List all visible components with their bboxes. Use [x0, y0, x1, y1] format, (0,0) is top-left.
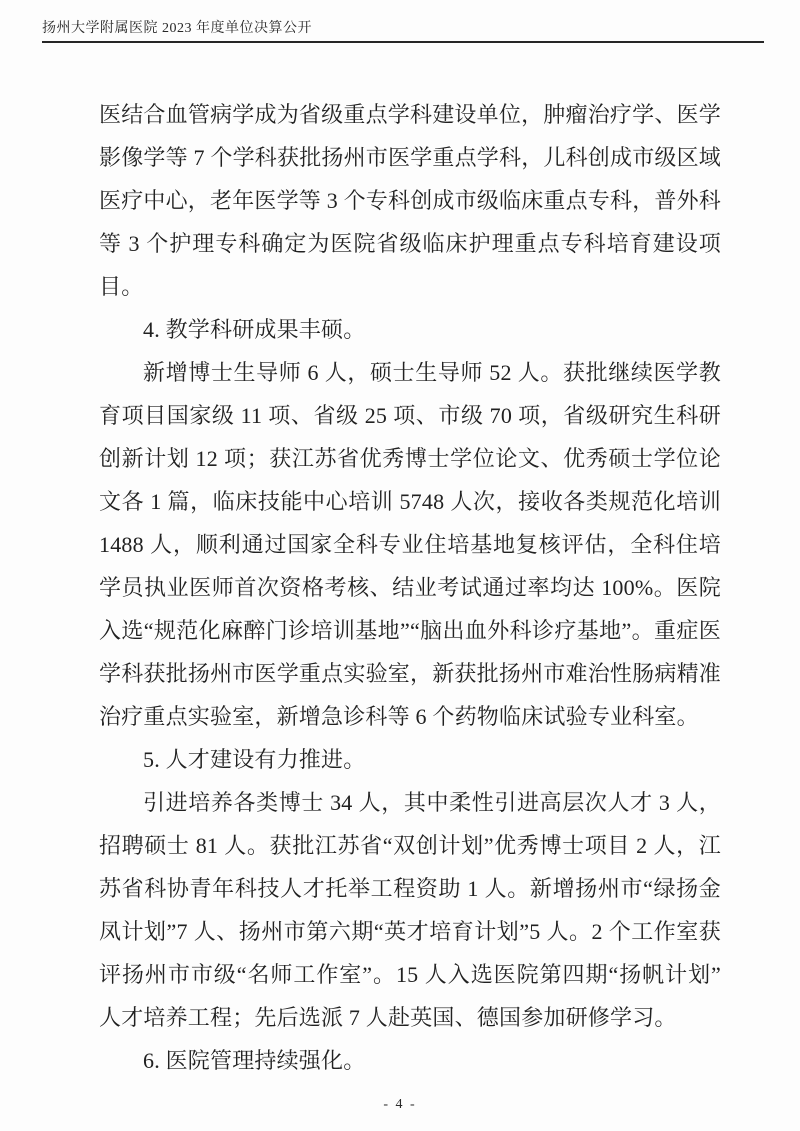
document-body: 医结合血管病学成为省级重点学科建设单位，肿瘤治疗学、医学影像学等 7 个学科获批… — [99, 93, 721, 1082]
paragraph-continuation: 医结合血管病学成为省级重点学科建设单位，肿瘤治疗学、医学影像学等 7 个学科获批… — [99, 93, 721, 308]
paragraph-teaching-research: 新增博士生导师 6 人，硕士生导师 52 人。获批继续医学教育项目国家级 11 … — [99, 351, 721, 738]
page-number: - 4 - — [383, 1097, 416, 1112]
section-heading-6: 6. 医院管理持续强化。 — [99, 1039, 721, 1082]
document-page: 扬州大学附属医院 2023 年度单位决算公开 医结合血管病学成为省级重点学科建设… — [0, 0, 800, 1131]
page-header: 扬州大学附属医院 2023 年度单位决算公开 — [42, 17, 764, 43]
paragraph-talent-development: 引进培养各类博士 34 人，其中柔性引进高层次人才 3 人，招聘硕士 81 人。… — [99, 781, 721, 1039]
page-footer: - 4 - — [0, 1095, 800, 1113]
section-heading-5: 5. 人才建设有力推进。 — [99, 738, 721, 781]
header-title: 扬州大学附属医院 2023 年度单位决算公开 — [42, 21, 312, 36]
section-heading-4: 4. 教学科研成果丰硕。 — [99, 308, 721, 351]
